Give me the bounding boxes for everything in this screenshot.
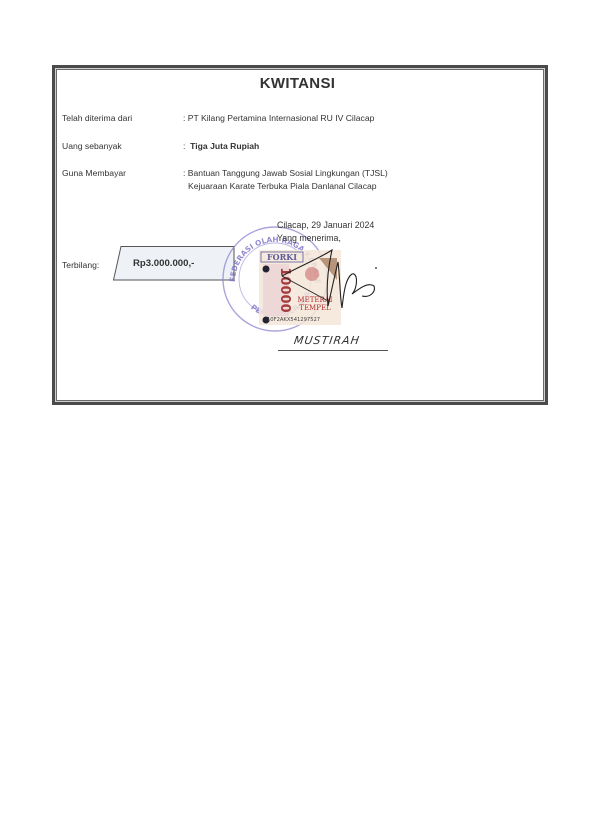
received-from-value: : PT Kilang Pertamina Internasional RU I… [183, 113, 374, 123]
document-title: KWITANSI [0, 75, 595, 92]
amount-words-value: Tiga Juta Rupiah [190, 141, 259, 151]
terbilang-amount-box: Rp3.000.000,- [113, 246, 233, 280]
purpose-label: Guna Membayar [62, 168, 126, 178]
terbilang-amount: Rp3.000.000,- [133, 258, 194, 269]
handwritten-signature [280, 248, 380, 328]
terbilang-label: Terbilang: [62, 260, 99, 270]
purpose-value: : Bantuan Tanggung Jawab Sosial Lingkung… [183, 168, 388, 178]
purpose-value-line2: Kejuaraan Karate Terbuka Piala Danlanal … [188, 181, 377, 191]
received-from-label: Telah diterima dari [62, 113, 132, 123]
signature-line [278, 350, 388, 351]
receiver-label: Yang menerima, [277, 233, 341, 243]
amount-words-row: : Tiga Juta Rupiah [183, 141, 259, 151]
signer-name: MUSTIRAH [293, 334, 361, 347]
amount-words-label: Uang sebanyak [62, 141, 122, 151]
place-date: Cilacap, 29 Januari 2024 [277, 220, 374, 230]
